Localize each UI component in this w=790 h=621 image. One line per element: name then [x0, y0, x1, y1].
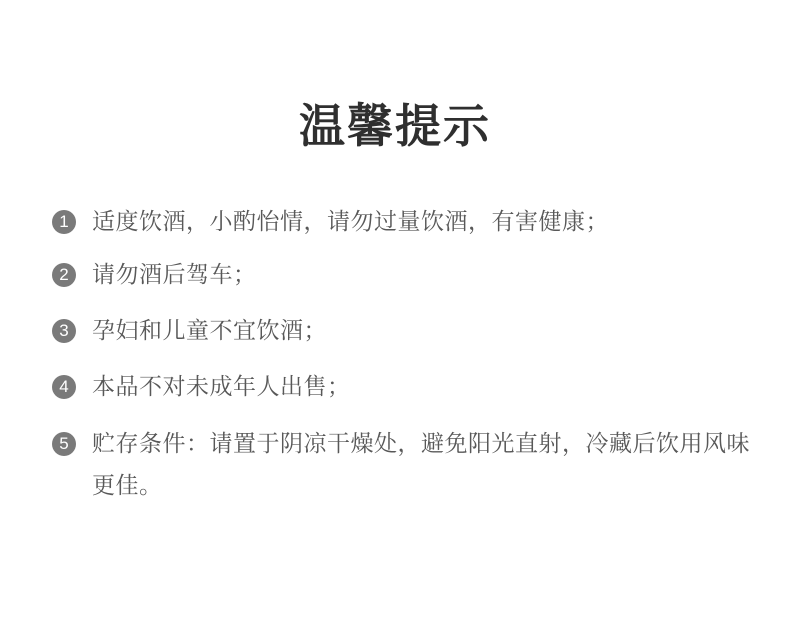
tip-text: 本品不对未成年人出售； — [92, 370, 351, 404]
tip-item: 2 请勿酒后驾车； — [52, 258, 257, 292]
number-3-circle-icon: 3 — [52, 319, 76, 343]
number-5-circle-icon: 5 — [52, 432, 76, 456]
tip-item: 1 适度饮酒，小酌怡情，请勿过量饮酒，有害健康； — [52, 205, 609, 239]
tip-text: 贮存条件：请置于阴凉干燥处，避免阳光直射，冷藏后饮用风味更佳。 — [92, 423, 752, 507]
tip-text: 适度饮酒，小酌怡情，请勿过量饮酒，有害健康； — [92, 205, 609, 239]
number-2-circle-icon: 2 — [52, 263, 76, 287]
tip-text: 请勿酒后驾车； — [92, 258, 257, 292]
tip-item: 5 贮存条件：请置于阴凉干燥处，避免阳光直射，冷藏后饮用风味更佳。 — [52, 427, 752, 507]
page-title: 温馨提示 — [0, 96, 790, 156]
number-1-circle-icon: 1 — [52, 210, 76, 234]
tip-item: 4 本品不对未成年人出售； — [52, 370, 351, 404]
tip-text: 孕妇和儿童不宜饮酒； — [92, 314, 327, 348]
tip-item: 3 孕妇和儿童不宜饮酒； — [52, 314, 327, 348]
number-4-circle-icon: 4 — [52, 375, 76, 399]
